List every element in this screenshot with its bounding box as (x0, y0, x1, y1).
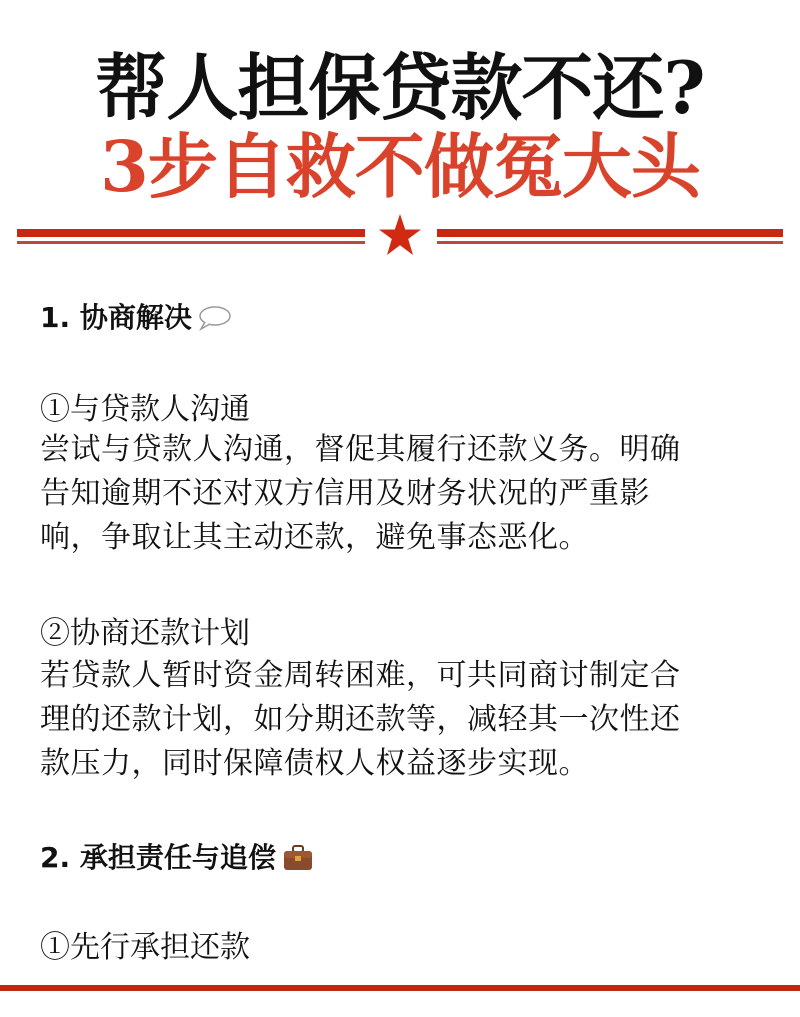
body-line: 若贷款人暂时资金周转困难，可共同商讨制定合 (40, 654, 720, 698)
body-line: 款压力，同时保障债权人权益逐步实现。 (40, 742, 720, 786)
section-heading-label: 1. 协商解决 (40, 298, 192, 338)
item-title: ①与贷款人沟通 (40, 390, 250, 430)
divider-bar-right (437, 229, 783, 237)
body-line: 告知逾期不还对双方信用及财务状况的严重影 (40, 472, 720, 516)
bottom-divider (0, 985, 800, 991)
section-heading-liability: 2. 承担责任与追偿 (40, 838, 314, 878)
star-divider (0, 225, 800, 255)
star-icon (378, 213, 422, 257)
divider-bar-left-thin (17, 241, 365, 244)
item-body: 尝试与贷款人沟通，督促其履行还款义务。明确 告知逾期不还对双方信用及财务状况的严… (40, 428, 720, 560)
briefcase-icon (282, 844, 314, 872)
speech-bubble-icon (196, 304, 232, 332)
item-title: ②协商还款计划 (40, 614, 250, 654)
divider-bar-right-thin (437, 241, 783, 244)
divider-bar-left (17, 229, 365, 237)
section-heading-label: 2. 承担责任与追偿 (40, 838, 276, 878)
body-line: 响，争取让其主动还款，避免事态恶化。 (40, 516, 720, 560)
body-line: 尝试与贷款人沟通，督促其履行还款义务。明确 (40, 428, 720, 472)
body-line: 理的还款计划，如分期还款等，减轻其一次性还 (40, 698, 720, 742)
page-subtitle: 3步自救不做冤大头 (0, 128, 800, 206)
item-title: ①先行承担还款 (40, 928, 250, 968)
item-body: 若贷款人暂时资金周转困难，可共同商讨制定合 理的还款计划，如分期还款等，减轻其一… (40, 654, 720, 786)
page-title: 帮人担保贷款不还? (0, 48, 800, 128)
section-heading-negotiate: 1. 协商解决 (40, 298, 232, 338)
